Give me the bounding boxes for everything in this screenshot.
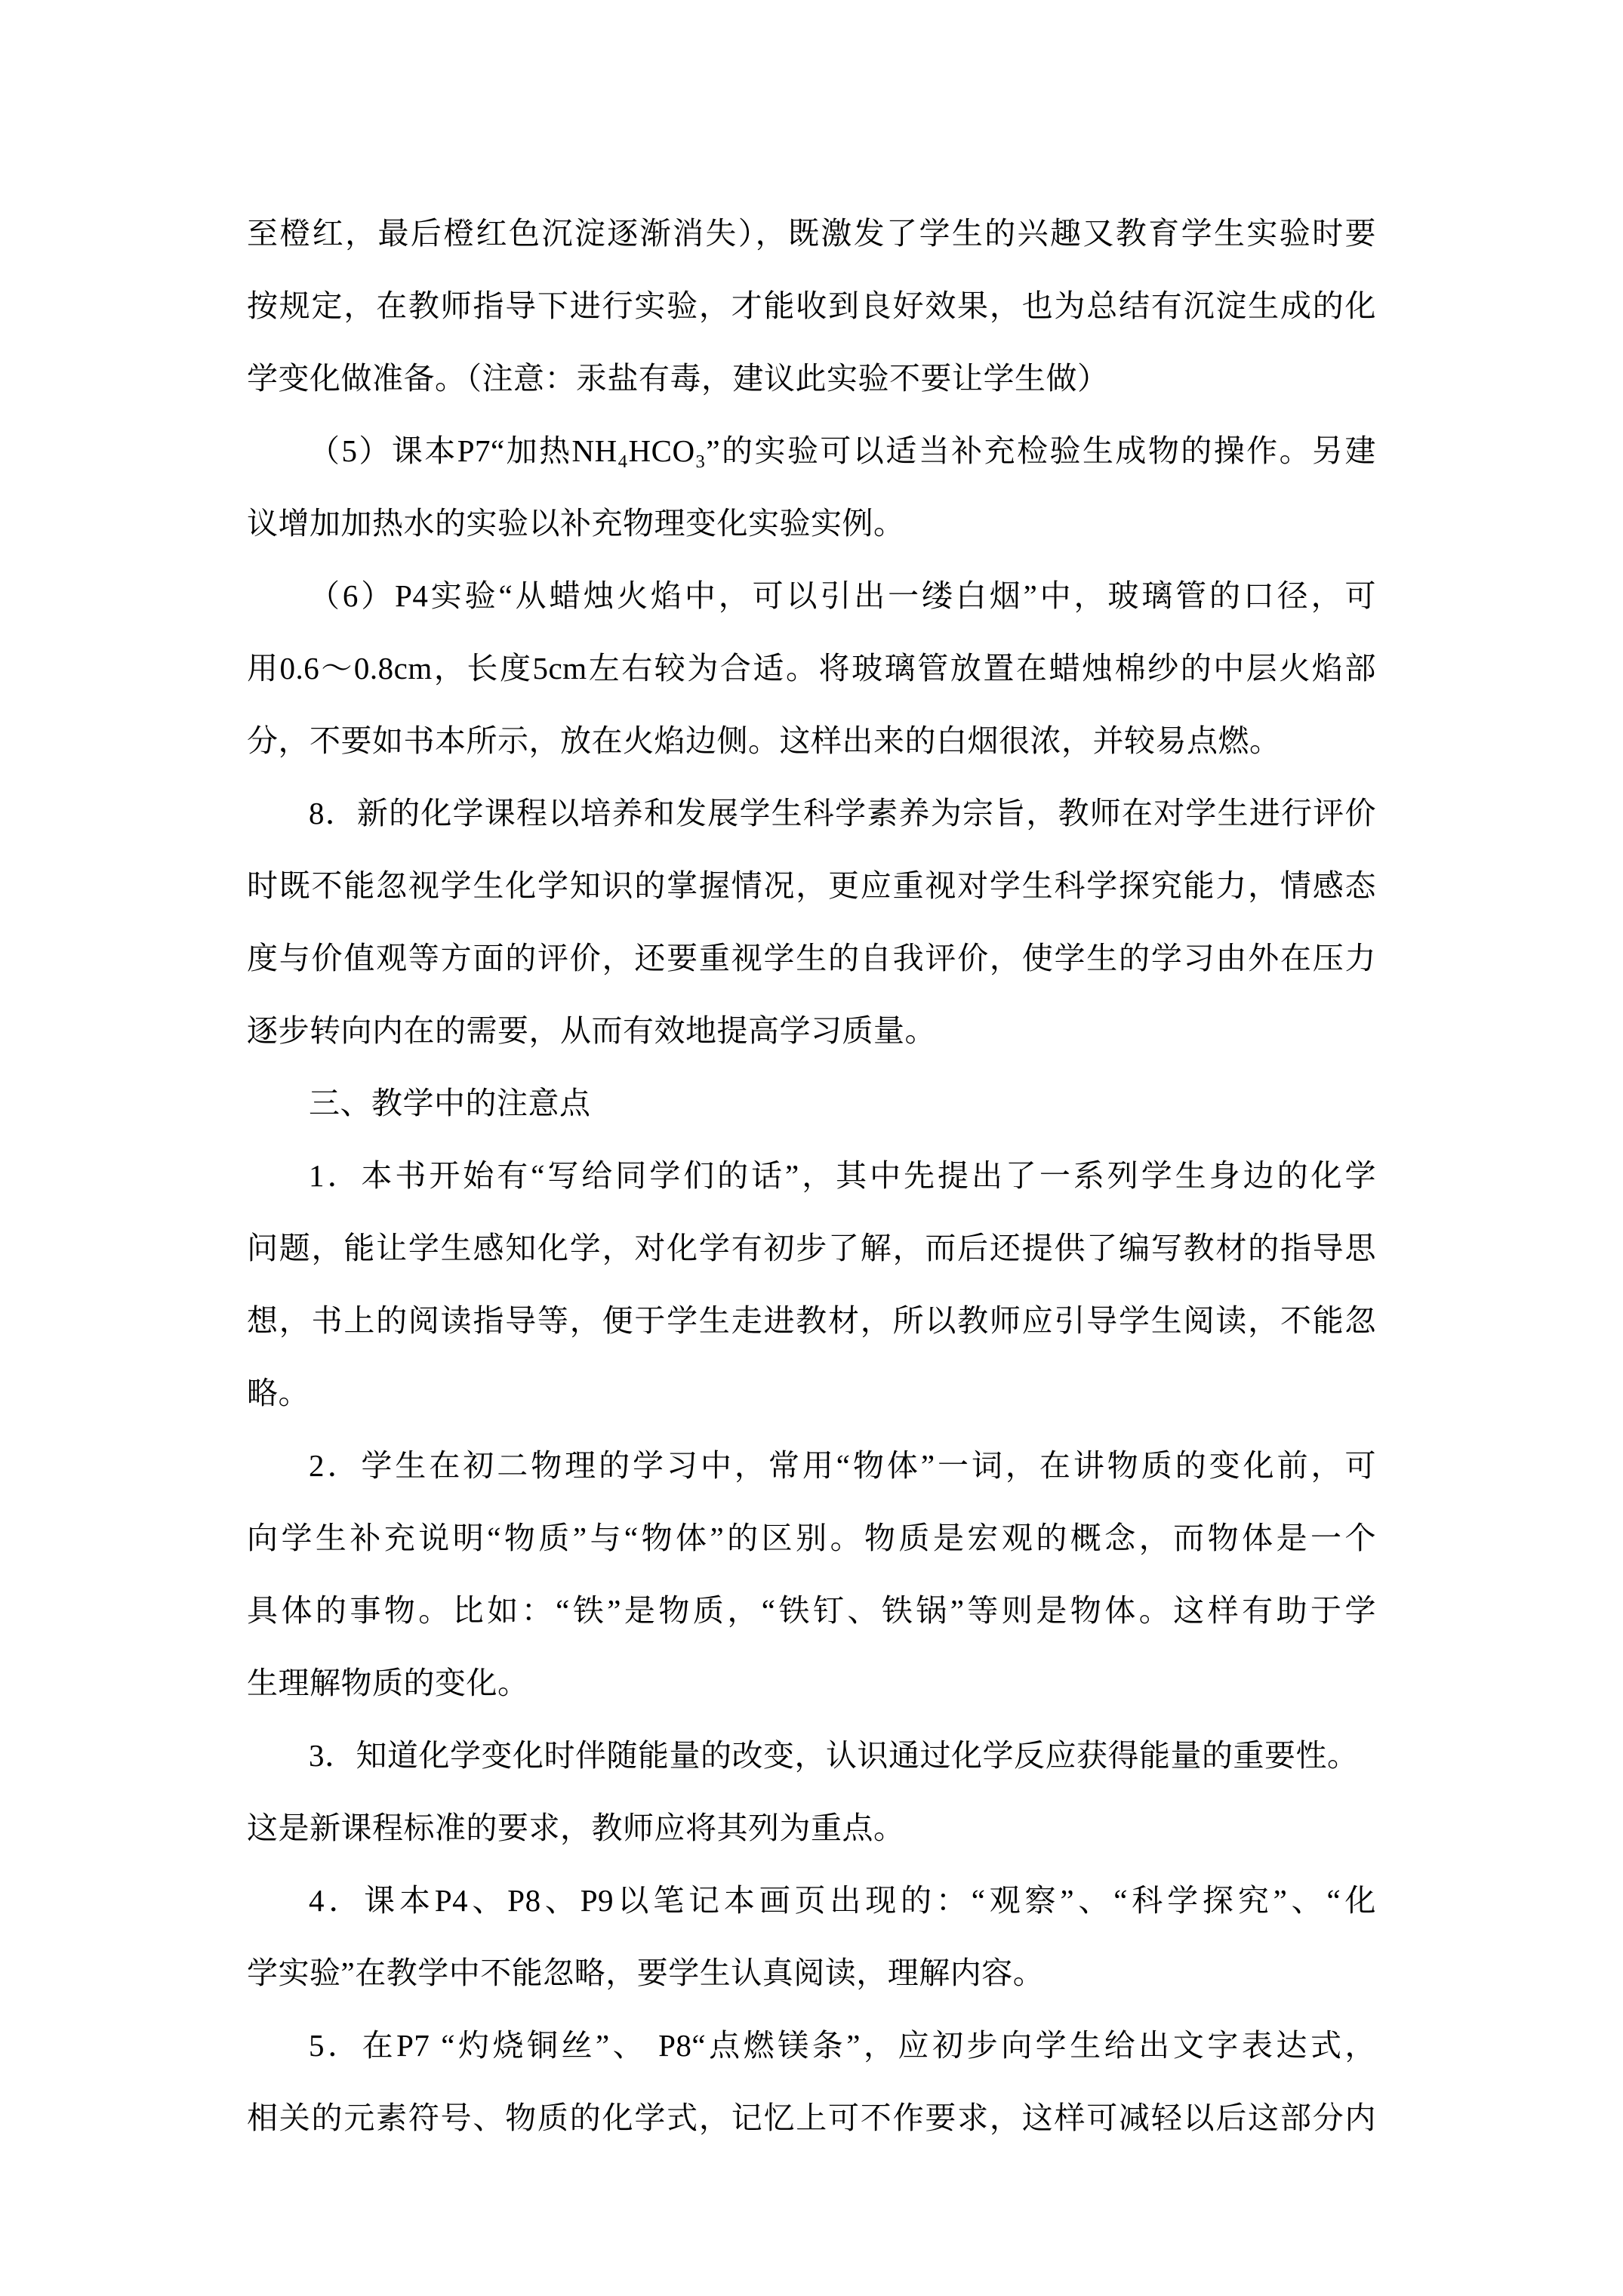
text-line-8: 分，不要如书本所示，放在火焰边侧。这样出来的白烟很浓，并较易点燃。 xyxy=(247,704,1376,777)
text-line-4: （5）课本P7“加热NH₄HCO₃”的实验可以适当补充检验生成物的操作。另建 xyxy=(247,415,1376,487)
text-line-23: 这是新课程标准的要求，教师应将其列为重点。 xyxy=(247,1792,1376,1864)
text-line-1: 至橙红，最后橙红色沉淀逐渐消失），既激发了学生的兴趣又教育学生实验时要 xyxy=(247,197,1376,270)
text-line-3: 学变化做准备。（注意：汞盐有毒，建议此实验不要让学生做） xyxy=(247,342,1376,415)
text-line-14: 1．本书开始有“写给同学们的话”，其中先提出了一系列学生身边的化学 xyxy=(247,1139,1376,1212)
text-line-10: 时既不能忽视学生化学知识的掌握情况，更应重视对学生科学探究能力，情感态 xyxy=(247,849,1376,922)
text-line-22: 3．知道化学变化时伴随能量的改变，认识通过化学反应获得能量的重要性。 xyxy=(247,1719,1376,1792)
text-line-11: 度与价值观等方面的评价，还要重视学生的自我评价，使学生的学习由外在压力 xyxy=(247,922,1376,994)
document-page: 至橙红，最后橙红色沉淀逐渐消失），既激发了学生的兴趣又教育学生实验时要按规定，在… xyxy=(0,0,1623,2296)
text-line-12: 逐步转向内在的需要，从而有效地提高学习质量。 xyxy=(247,994,1376,1067)
text-line-25: 学实验”在教学中不能忽略，要学生认真阅读，理解内容。 xyxy=(247,1937,1376,2009)
text-line-13: 三、教学中的注意点 xyxy=(247,1067,1376,1139)
text-block: 至橙红，最后橙红色沉淀逐渐消失），既激发了学生的兴趣又教育学生实验时要按规定，在… xyxy=(247,197,1376,2154)
text-line-21: 生理解物质的变化。 xyxy=(247,1647,1376,1719)
text-line-27: 相关的元素符号、物质的化学式，记忆上可不作要求，这样可减轻以后这部分内 xyxy=(247,2082,1376,2154)
text-line-5: 议增加加热水的实验以补充物理变化实验实例。 xyxy=(247,487,1376,559)
text-line-19: 向学生补充说明“物质”与“物体”的区别。物质是宏观的概念，而物体是一个 xyxy=(247,1502,1376,1574)
text-line-2: 按规定，在教师指导下进行实验，才能收到良好效果，也为总结有沉淀生成的化 xyxy=(247,270,1376,342)
text-line-20: 具体的事物。比如：“铁”是物质，“铁钉、铁锅”等则是物体。这样有助于学 xyxy=(247,1574,1376,1647)
text-line-7: 用0.6～0.8cm，长度5cm左右较为合适。将玻璃管放置在蜡烛棉纱的中层火焰部 xyxy=(247,632,1376,704)
text-line-15: 问题，能让学生感知化学，对化学有初步了解，而后还提供了编写教材的指导思 xyxy=(247,1212,1376,1284)
text-line-9: 8．新的化学课程以培养和发展学生科学素养为宗旨，教师在对学生进行评价 xyxy=(247,777,1376,849)
text-line-26: 5．在P7 “灼烧铜丝”、 P8“点燃镁条”，应初步向学生给出文字表达式， xyxy=(247,2009,1376,2082)
text-line-6: （6）P4实验“从蜡烛火焰中，可以引出一缕白烟”中，玻璃管的口径，可 xyxy=(247,559,1376,632)
text-line-17: 略。 xyxy=(247,1357,1376,1429)
text-line-16: 想，书上的阅读指导等，便于学生走进教材，所以教师应引导学生阅读，不能忽 xyxy=(247,1284,1376,1357)
text-line-18: 2．学生在初二物理的学习中，常用“物体”一词，在讲物质的变化前，可 xyxy=(247,1429,1376,1502)
text-line-24: 4．课本P4、P8、P9以笔记本画页出现的：“观察”、“科学探究”、“化 xyxy=(247,1864,1376,1937)
